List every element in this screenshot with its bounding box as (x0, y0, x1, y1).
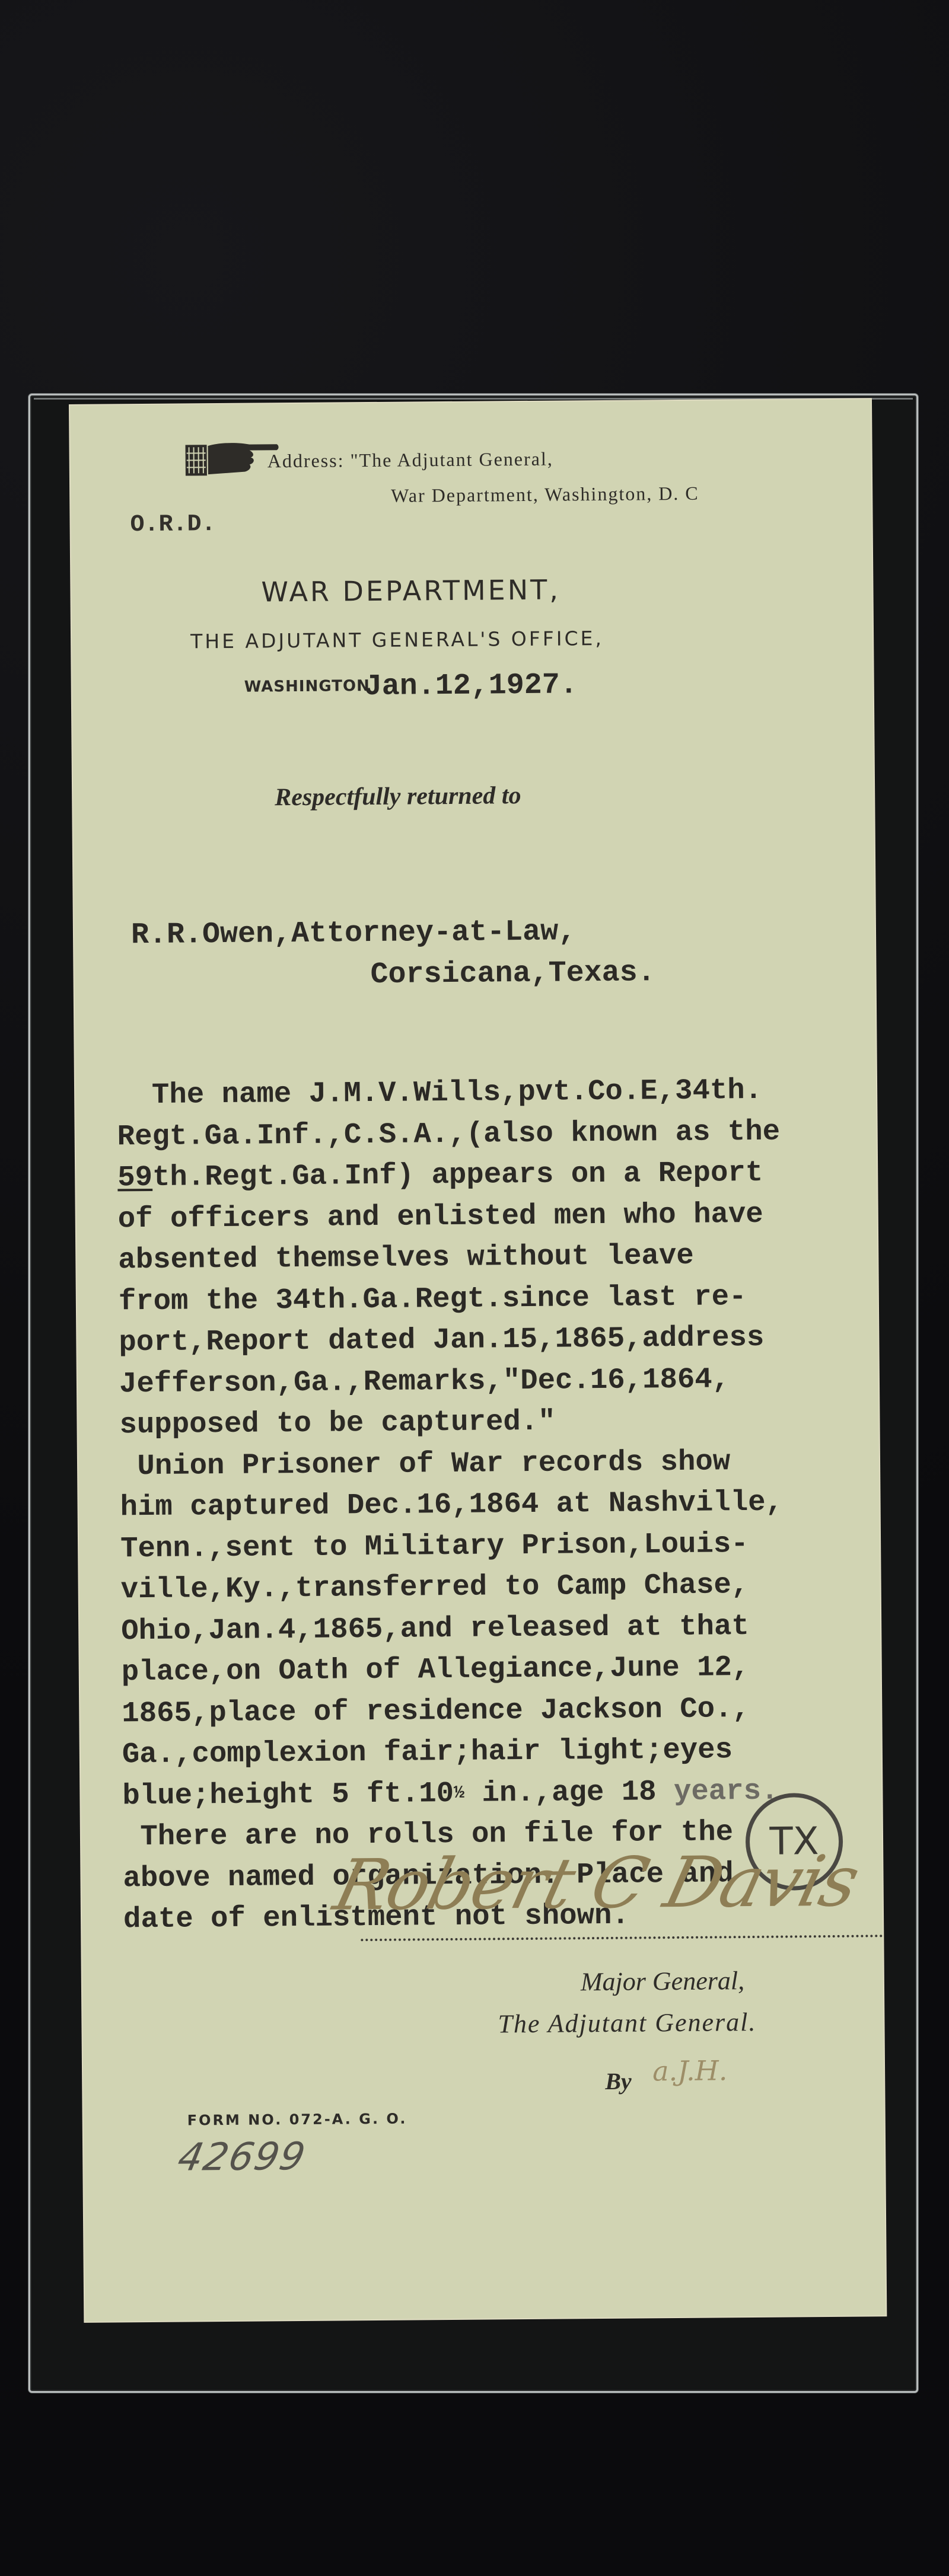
body-line: supposed to be captured." (119, 1399, 909, 1446)
office-code: O.R.D. (130, 511, 215, 538)
addressee-city: Corsicana,Texas. (131, 952, 655, 998)
org-title: WAR DEPARTMENT, (261, 574, 561, 608)
underlined-regiment: 59 (117, 1161, 152, 1194)
pointing-hand-icon (184, 439, 279, 478)
body-line: port,Report dated Jan.15,1865,address (119, 1316, 908, 1364)
org-subtitle: THE ADJUTANT GENERAL'S OFFICE, (190, 627, 604, 653)
handwritten-signature: Robert C Davis (327, 1840, 867, 1926)
body-line: 1865,place of residence Jackson Co., (122, 1687, 911, 1734)
body-line: Ohio,Jan.4,1865,and released at that (121, 1604, 910, 1652)
body-line: 59th.Regt.Ga.Inf) appears on a Report (117, 1151, 907, 1199)
body-line: absented themselves without leave (118, 1234, 907, 1281)
form-number: FORM NO. 072-A. G. O. (187, 2111, 407, 2129)
height-fraction: ½ (454, 1783, 464, 1803)
signer-title-office: The Adjutant General. (498, 2007, 756, 2039)
body-line: Ga.,complexion fair;hair light;eyes (122, 1728, 912, 1776)
signer-title-rank: Major General, (581, 1965, 745, 1997)
body-line: Regt.Ga.Inf.,C.S.A.,(also known as the (117, 1110, 906, 1157)
city-label: WASHINGTON (244, 677, 370, 696)
body-line: him captured Dec.16,1864 at Nashville, (120, 1481, 909, 1528)
body-line: ville,Ky.,transferred to Camp Chase, (120, 1563, 910, 1611)
handwritten-file-number: 42699 (174, 2135, 310, 2180)
body-line: Jefferson,Ga.,Remarks,"Dec.16,1864, (119, 1357, 909, 1404)
body-line: Tenn.,sent to Military Prison,Louis- (120, 1522, 910, 1569)
document-page: Address: "The Adjutant General, War Depa… (70, 399, 886, 2322)
addressee: R.R.Owen,Attorney-at-Law, Corsicana,Texa… (131, 911, 655, 998)
body-line: from the 34th.Ga.Regt.since last re- (119, 1275, 908, 1322)
returned-to-label: Respectfully returned to (275, 781, 521, 812)
addressee-name: R.R.Owen,Attorney-at-Law, (131, 915, 577, 952)
body-line: place,on Oath of Allegiance,June 12, (122, 1646, 911, 1693)
body-line: of officers and enlisted men who have (118, 1192, 907, 1240)
letter-date: Jan.12,1927. (364, 668, 578, 704)
body-line: The name J.M.V.Wills,pvt.Co.E,34th. (117, 1069, 906, 1116)
by-label: By (605, 2067, 632, 2095)
address-line-1: Address: "The Adjutant General, (267, 448, 553, 473)
handwritten-initials: a.J.H. (652, 2054, 728, 2087)
smudged-word: years. (674, 1774, 779, 1808)
address-line-2: War Department, Washington, D. C (391, 483, 699, 507)
body-line: Union Prisoner of War records show (120, 1439, 909, 1487)
